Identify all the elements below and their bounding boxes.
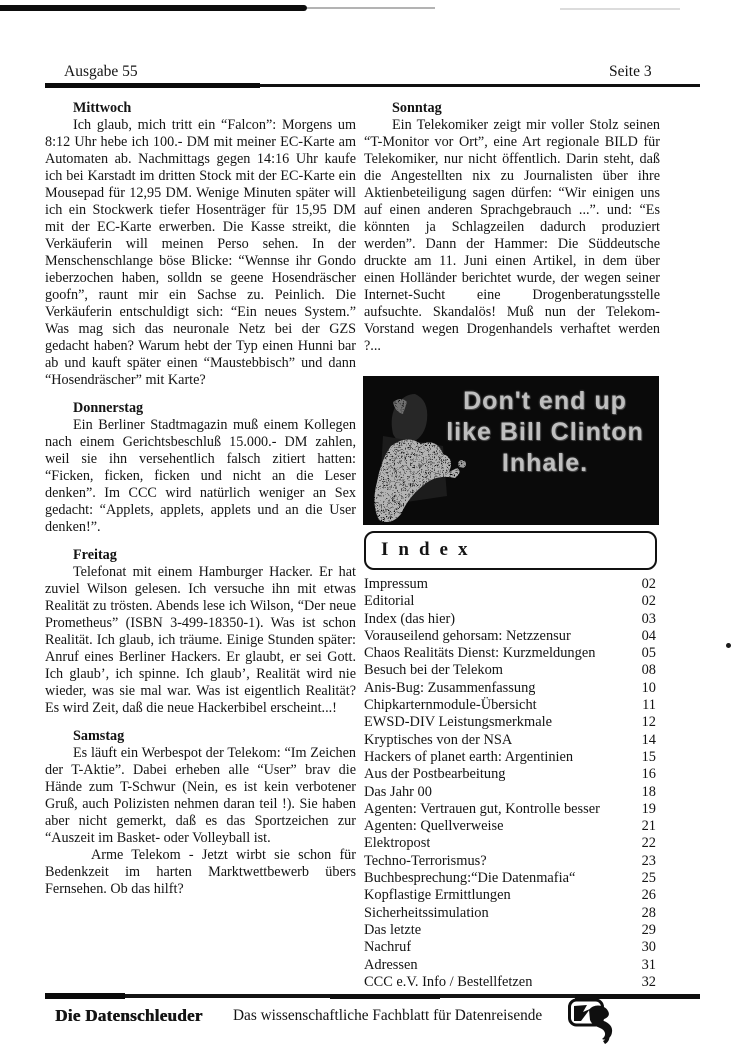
toc-row: Vorauseilend gehorsam: Netzzensur04: [364, 628, 656, 645]
toc-entry-label: Nachruf: [364, 939, 411, 956]
toc-entry-page-number: 02: [642, 593, 656, 610]
toc-entry-page-number: 23: [642, 853, 656, 870]
clinton-ad-image: Don't end uplike Bill ClintonInhale.: [363, 376, 659, 525]
toc-entry-page-number: 26: [642, 887, 656, 904]
toc-entry-page-number: 32: [642, 974, 656, 991]
magazine-tagline: Das wissenschaftliche Fachblatt für Date…: [233, 1007, 542, 1025]
ad-text: Don't end uplike Bill ClintonInhale.: [435, 386, 655, 479]
scan-artifact-top-tail-2: [560, 8, 680, 10]
toc-entry-label: Chaos Realitäts Dienst: Kurzmeldungen: [364, 645, 595, 662]
issue-label: Ausgabe 55: [64, 63, 138, 81]
page-number-label: Seite 3: [609, 63, 652, 81]
datenschleuder-logo-icon: [567, 997, 625, 1045]
toc-entry-page-number: 19: [642, 801, 656, 818]
toc-entry-label: Chipkarternmodule-Übersicht: [364, 697, 537, 714]
toc-entry-label: EWSD-DIV Leistungsmerkmale: [364, 714, 552, 731]
toc-entry-label: Das letzte: [364, 922, 421, 939]
section-paragraph: Es läuft ein Werbespot der Telekom: “Im …: [45, 745, 356, 847]
toc-entry-page-number: 02: [642, 576, 656, 593]
toc-entry-page-number: 22: [642, 835, 656, 852]
toc-entry-label: Anis-Bug: Zusammenfassung: [364, 680, 535, 697]
toc-row: Hackers of planet earth: Argentinien15: [364, 749, 656, 766]
toc-row: Chipkarternmodule-Übersicht11: [364, 697, 656, 714]
toc-row: Anis-Bug: Zusammenfassung10: [364, 680, 656, 697]
toc-entry-label: Kopflastige Ermittlungen: [364, 887, 511, 904]
table-of-contents: Impressum02Editorial02Index (das hier)03…: [364, 576, 656, 991]
toc-entry-label: Index (das hier): [364, 611, 455, 628]
ad-text-line: Inhale.: [435, 448, 655, 479]
day-section: SonntagEin Telekomiker zeigt mir voller …: [364, 100, 660, 355]
toc-entry-label: Vorauseilend gehorsam: Netzzensur: [364, 628, 571, 645]
footer-rule-blob: [330, 994, 440, 999]
toc-row: Kryptisches von der NSA14: [364, 732, 656, 749]
toc-row: Nachruf30: [364, 939, 656, 956]
toc-entry-page-number: 21: [642, 818, 656, 835]
ad-text-line: Don't end up: [435, 386, 655, 417]
toc-entry-label: Techno-Terrorismus?: [364, 853, 487, 870]
section-heading: Donnerstag: [45, 400, 356, 417]
section-heading: Mittwoch: [45, 100, 356, 117]
scan-artifact-speck: [726, 643, 731, 648]
toc-entry-page-number: 30: [642, 939, 656, 956]
ad-text-line: like Bill Clinton: [435, 417, 655, 448]
toc-row: Das letzte29: [364, 922, 656, 939]
toc-row: Kopflastige Ermittlungen26: [364, 887, 656, 904]
toc-entry-label: Buchbesprechung:“Die Datenmafia“: [364, 870, 575, 887]
toc-entry-label: CCC e.V. Info / Bestellfetzen: [364, 974, 532, 991]
section-paragraph: Arme Telekom - Jetzt wirbt sie schon für…: [45, 847, 356, 898]
magazine-brand: Die Datenschleuder: [55, 1006, 203, 1026]
section-paragraph: Ein Berliner Stadtmagazin muß einem Koll…: [45, 417, 356, 536]
toc-entry-label: Agenten: Vertrauen gut, Kontrolle besser: [364, 801, 600, 818]
toc-entry-label: Aus der Postbearbeitung: [364, 766, 505, 783]
toc-row: Besuch bei der Telekom08: [364, 662, 656, 679]
toc-entry-label: Das Jahr 00: [364, 784, 432, 801]
toc-entry-page-number: 11: [642, 697, 656, 714]
left-column: MittwochIch glaub, mich tritt ein “Falco…: [45, 100, 356, 898]
footer-rule-thick-segment: [45, 993, 125, 999]
toc-row: Editorial02: [364, 593, 656, 610]
toc-row: Aus der Postbearbeitung16: [364, 766, 656, 783]
toc-row: Buchbesprechung:“Die Datenmafia“25: [364, 870, 656, 887]
toc-entry-page-number: 31: [642, 957, 656, 974]
toc-entry-label: Hackers of planet earth: Argentinien: [364, 749, 573, 766]
toc-row: Agenten: Vertrauen gut, Kontrolle besser…: [364, 801, 656, 818]
toc-row: Chaos Realitäts Dienst: Kurzmeldungen05: [364, 645, 656, 662]
toc-row: Index (das hier)03: [364, 611, 656, 628]
scanned-magazine-page: Ausgabe 55 Seite 3 MittwochIch glaub, mi…: [0, 0, 739, 1055]
toc-row: Agenten: Quellverweise21: [364, 818, 656, 835]
scan-artifact-top-line: [0, 5, 307, 11]
toc-entry-page-number: 16: [642, 766, 656, 783]
section-paragraph: Telefonat mit einem Hamburger Hacker. Er…: [45, 564, 356, 717]
toc-entry-page-number: 14: [642, 732, 656, 749]
toc-entry-label: Kryptisches von der NSA: [364, 732, 512, 749]
toc-row: Das Jahr 0018: [364, 784, 656, 801]
right-column: SonntagEin Telekomiker zeigt mir voller …: [364, 100, 660, 355]
toc-entry-label: Elektropost: [364, 835, 430, 852]
toc-entry-page-number: 05: [642, 645, 656, 662]
section-paragraph: Ein Telekomiker zeigt mir voller Stolz s…: [364, 117, 660, 355]
toc-entry-page-number: 04: [642, 628, 656, 645]
toc-entry-label: Editorial: [364, 593, 414, 610]
day-section: DonnerstagEin Berliner Stadtmagazin muß …: [45, 400, 356, 536]
toc-entry-page-number: 08: [642, 662, 656, 679]
scan-artifact-top-tail: [307, 7, 435, 9]
toc-row: Adressen31: [364, 957, 656, 974]
toc-entry-label: Agenten: Quellverweise: [364, 818, 503, 835]
toc-entry-page-number: 12: [642, 714, 656, 731]
toc-entry-label: Adressen: [364, 957, 418, 974]
section-heading: Samstag: [45, 728, 356, 745]
toc-entry-label: Sicherheitssimulation: [364, 905, 489, 922]
toc-entry-label: Besuch bei der Telekom: [364, 662, 503, 679]
day-section: MittwochIch glaub, mich tritt ein “Falco…: [45, 100, 356, 389]
toc-row: EWSD-DIV Leistungsmerkmale12: [364, 714, 656, 731]
section-paragraph: Ich glaub, mich tritt ein “Falcon”: Morg…: [45, 117, 356, 389]
toc-row: Sicherheitssimulation28: [364, 905, 656, 922]
toc-entry-page-number: 10: [642, 680, 656, 697]
toc-row: Elektropost22: [364, 835, 656, 852]
index-title: Index: [366, 533, 655, 567]
toc-row: Techno-Terrorismus?23: [364, 853, 656, 870]
index-title-box: Index: [364, 531, 657, 570]
section-heading: Sonntag: [364, 100, 660, 117]
toc-row: CCC e.V. Info / Bestellfetzen32: [364, 974, 656, 991]
toc-entry-page-number: 28: [642, 905, 656, 922]
day-section: SamstagEs läuft ein Werbespot der Teleko…: [45, 728, 356, 898]
toc-entry-page-number: 29: [642, 922, 656, 939]
toc-row: Impressum02: [364, 576, 656, 593]
toc-entry-label: Impressum: [364, 576, 428, 593]
section-heading: Freitag: [45, 547, 356, 564]
toc-entry-page-number: 18: [642, 784, 656, 801]
header-rule-thick-segment: [45, 83, 260, 88]
toc-entry-page-number: 25: [642, 870, 656, 887]
toc-entry-page-number: 03: [642, 611, 656, 628]
toc-entry-page-number: 15: [642, 749, 656, 766]
day-section: FreitagTelefonat mit einem Hamburger Hac…: [45, 547, 356, 717]
